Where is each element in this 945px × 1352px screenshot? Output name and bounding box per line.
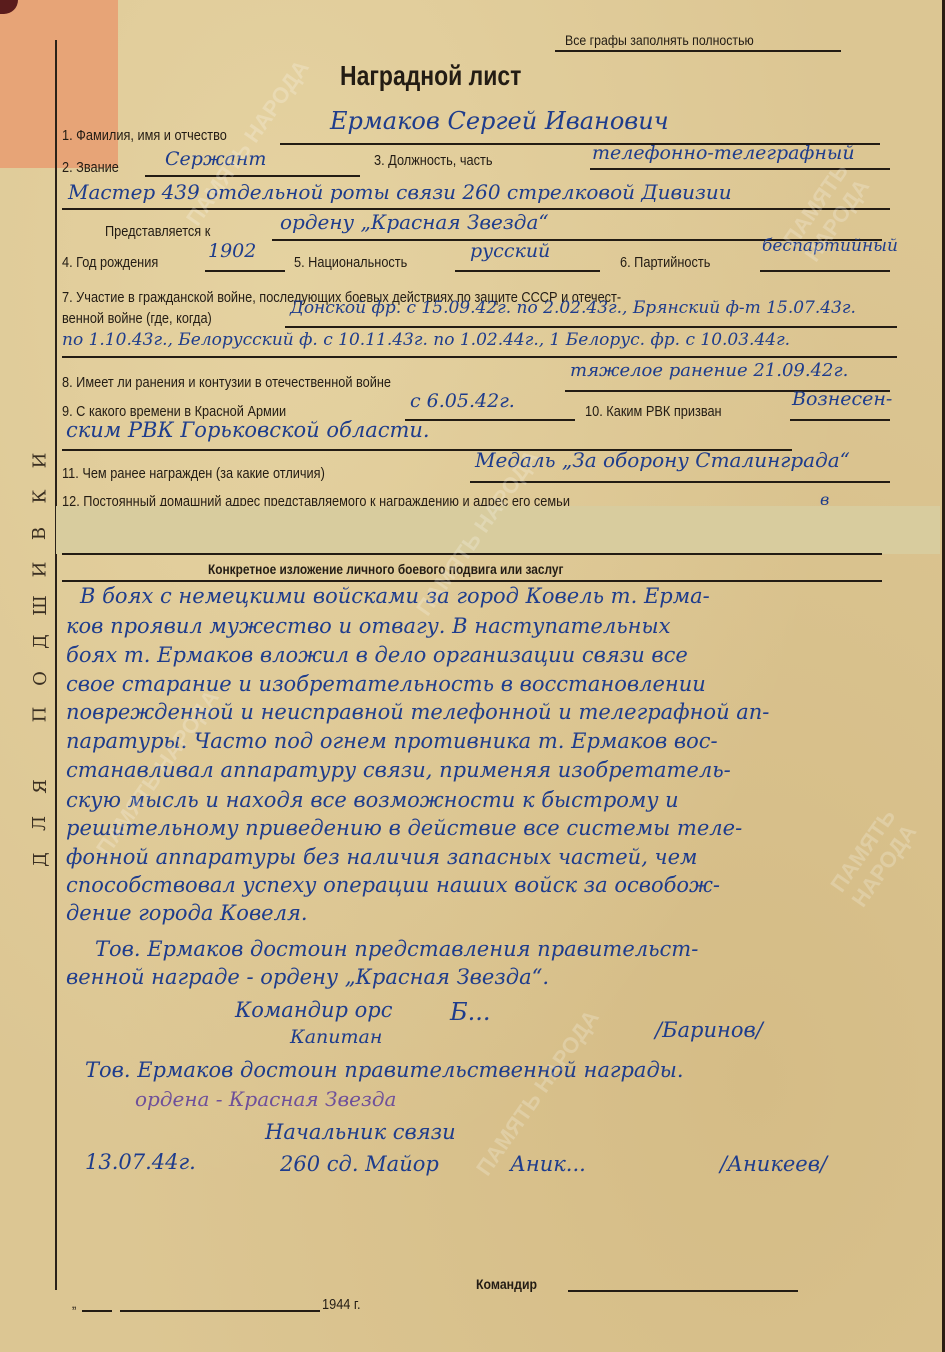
recommendation-signer-name: /Баринов/ <box>655 1018 763 1042</box>
field-10-value-1: Вознесен- <box>792 388 892 410</box>
field-7-value-2: по 1.10.43г., Белорусский ф. с 10.11.43г… <box>62 330 790 350</box>
award-value: ордену „Красная Звезда“ <box>280 210 549 234</box>
field-11-label: 11. Чем ранее награжден (за какие отличи… <box>62 466 325 482</box>
endorsement-line-2: ордена - Красная Звезда <box>135 1087 396 1111</box>
feat-bottom-rule <box>62 580 882 582</box>
field-9-value: с 6.05.42г. <box>410 390 515 412</box>
feat-line: ков проявил мужество и отвагу. В наступа… <box>66 614 670 638</box>
field-6-value: беспартийный <box>762 236 898 256</box>
binding-margin-line <box>55 40 57 1290</box>
award-label: Представляется к <box>105 224 210 240</box>
footer-commander-label: Командир <box>476 1276 537 1292</box>
endorsement-signature: Аник... <box>510 1152 586 1176</box>
feat-line: В боях с немецкими войсками за город Ков… <box>80 584 710 608</box>
field-8-value: тяжелое ранение 21.09.42г. <box>570 360 848 381</box>
field-4-label: 4. Год рождения <box>62 255 158 271</box>
watermark: ПАМЯТЬ НАРОДА <box>825 780 939 912</box>
recommendation-signer-rank: Капитан <box>290 1026 382 1048</box>
feat-line: решительному приведению в действие все с… <box>66 816 742 840</box>
field-7-label-2: венной войне (где, когда) <box>62 311 212 327</box>
field-1-value: Ермаков Сергей Иванович <box>330 107 669 135</box>
field-2-line <box>145 175 360 177</box>
field-2-label: 2. Звание <box>62 160 119 176</box>
document-title: Наградной лист <box>340 60 521 92</box>
field-4-line <box>205 270 285 272</box>
footer-commander-line <box>568 1290 798 1292</box>
field-6-line <box>760 270 890 272</box>
field-2-value: Сержант <box>165 148 266 170</box>
feat-top-rule <box>62 553 882 555</box>
field-9-line <box>405 419 575 421</box>
footer-year: 1944 г. <box>322 1297 361 1313</box>
feat-line: скую мысль и находя все возможности к бы… <box>66 788 679 812</box>
footer-date-quote: „ <box>72 1296 76 1312</box>
recommendation-signer-title: Командир орс <box>235 998 392 1022</box>
feat-heading: Конкретное изложение личного боевого под… <box>208 562 563 577</box>
endorsement-name: /Аникеев/ <box>720 1152 827 1176</box>
field-6-label: 6. Партийность <box>620 255 710 271</box>
field-5-line <box>455 270 600 272</box>
feat-line: поврежденной и неисправной телефонной и … <box>66 700 769 724</box>
field-4-value: 1902 <box>208 240 256 262</box>
recommendation-line-2: венной награде - ордену „Красная Звезда“… <box>66 965 549 989</box>
feat-line: свое старание и изобретательность в восс… <box>66 672 706 696</box>
field-11-value: Медаль „За оборону Сталинграда“ <box>475 448 850 472</box>
field-10-value-2: ским РВК Горьковской области. <box>66 418 430 442</box>
document-page: ДЛЯ ПОДШИВКИ Все графы заполнять полност… <box>0 0 945 1352</box>
feat-line: дение города Ковеля. <box>66 901 308 925</box>
endorsement-title: Начальник связи <box>265 1120 456 1144</box>
feat-line: способствовал успеху операции наших войс… <box>66 873 720 897</box>
feat-line: станавливал аппаратуру связи, применяя и… <box>66 758 731 782</box>
feat-line: боях т. Ермаков вложил в дело организаци… <box>66 643 688 667</box>
field-11-line <box>470 481 890 483</box>
field-1-label: 1. Фамилия, имя и отчество <box>62 128 227 144</box>
recommendation-signature: Б... <box>450 998 491 1026</box>
redacted-address-area <box>56 506 940 554</box>
field-3-label: 3. Должность, часть <box>374 153 492 169</box>
field-10-line-1 <box>790 419 890 421</box>
endorsement-date: 13.07.44г. <box>85 1150 196 1174</box>
header-rule <box>555 50 841 52</box>
field-8-label: 8. Имеет ли ранения и контузии в отечест… <box>62 375 391 391</box>
field-7-value-1: Донской фр. с 15.09.42г. по 2.02.43г., Б… <box>290 298 856 318</box>
field-10-label: 10. Каким РВК призван <box>585 404 722 420</box>
binding-margin-label: ДЛЯ ПОДШИВКИ <box>28 450 52 870</box>
feat-line: фонной аппаратуры без наличия запасных ч… <box>66 845 697 869</box>
field-5-value: русский <box>470 240 550 262</box>
field-3-line <box>590 168 890 170</box>
field-3-value-1: телефонно-телеграфный <box>592 142 855 164</box>
field-7-line-1 <box>285 326 897 328</box>
endorsement-line-1: Тов. Ермаков достоин правительственной н… <box>85 1058 684 1082</box>
field-5-label: 5. Национальность <box>294 255 407 271</box>
recommendation-line-1: Тов. Ермаков достоин представления прави… <box>95 937 698 961</box>
header-note: Все графы заполнять полностью <box>565 32 754 48</box>
feat-line: паратуры. Часто под огнем противника т. … <box>66 729 718 753</box>
field-7-line-2 <box>62 356 897 358</box>
field-3-value-2: Мастер 439 отдельной роты связи 260 стре… <box>68 180 732 204</box>
footer-month-line <box>120 1310 320 1312</box>
footer-day-line <box>82 1310 112 1312</box>
endorsement-unit-rank: 260 сд. Майор <box>280 1152 439 1176</box>
